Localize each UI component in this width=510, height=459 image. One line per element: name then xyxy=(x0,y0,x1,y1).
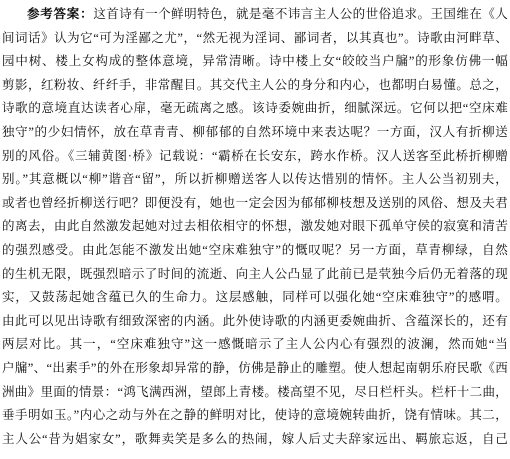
text-line: 洲曲》里面的情景：“鸿飞满西洲，望郎上青楼。楼高望不见，尽日栏杆头。栏杆十二曲， xyxy=(2,381,508,405)
document-page: 参考答案：这首诗有一个鲜明特色，就是毫不讳言主人公的世俗追求。王国维在《人间词话… xyxy=(0,0,510,459)
text-line: 主人公“昔为娼家女”，歌舞卖笑是多么的热闹，嫁人后丈夫辞家远出、羁旅忘返，自己 xyxy=(2,428,508,452)
answer-label: 参考答案： xyxy=(27,7,93,21)
text-line: 别的风俗。《三辅黄图·桥》记载说：“霸桥在长安东，跨水作桥。汉人送客至此桥折柳赠 xyxy=(2,145,508,169)
text-line: 独守”的少妇情怀，放在草青青、柳郁郁的自然环境中来表达呢？一方面，汉人有折柳送 xyxy=(2,121,508,145)
text-line-content: 这首诗有一个鲜明特色，就是毫不讳言主人公的世俗追求。王国维在《人 xyxy=(93,7,508,21)
text-line: 两层对比。其一，“空床难独守”这一感慨暗示了主人公内心有强烈的波澜，然而她“当 xyxy=(2,333,508,357)
text-line: 或者也曾经折柳送行吧？即便没有，她也一定会因为郁郁柳枝想及送别的风俗、想及夫君 xyxy=(2,192,508,216)
text-line: 的生机无限，既强烈暗示了时间的流逝、向主人公凸显了此前已是茕独今后仍无着落的现 xyxy=(2,263,508,287)
text-line: 由此可以见出诗歌有细致深密的内涵。此外使诗歌的内涵更委婉曲折、含蕴深长的，还有 xyxy=(2,310,508,334)
text-line: 诗歌的意境直达读者心扉，毫无疏离之感。该诗委婉曲折，细腻深远。它何以把“空床难 xyxy=(2,97,508,121)
text-line: 间词话》认为它“可为淫鄙之尤”，“然无视为淫词、鄙词者，以其真也”。诗歌由河畔草… xyxy=(2,27,508,51)
answer-paragraph: 参考答案：这首诗有一个鲜明特色，就是毫不讳言主人公的世俗追求。王国维在《人间词话… xyxy=(2,3,508,451)
text-line: 别。”其意概以“柳”谐音“留”，所以折柳赠送客人以传达惜别的情怀。主人公当初别夫… xyxy=(2,168,508,192)
text-line: 园中树、楼上女构成的整体意境，异常清晰。诗中楼上女“皎皎当户牖”的形象仿佛一幅 xyxy=(2,50,508,74)
text-line: 的离去，由此自然激发起她对过去相依相守的怀想，激发她对眼下孤单守侯的寂寞和清苦 xyxy=(2,215,508,239)
text-line: 剪影，红粉妆、纤纤手，非常醒目。其交代主人公的身分和内心，也都明白易懂。总之， xyxy=(2,74,508,98)
text-line: 垂手明如玉。”内心之动与外在之静的鲜明对比，使诗的意境婉转曲折，饶有情味。其二， xyxy=(2,404,508,428)
text-line: 户牖”、“出素手”的外在形象却异常的静，仿佛是静止的雕塑。使人想起南朝乐府民歌《… xyxy=(2,357,508,381)
text-line: 参考答案：这首诗有一个鲜明特色，就是毫不讳言主人公的世俗追求。王国维在《人 xyxy=(2,3,508,27)
text-line: 的强烈感受。由此怎能不激发出她“空床难独守”的慨叹呢？另一方面，草青柳绿，自然 xyxy=(2,239,508,263)
text-line: 实，又鼓荡起她含蕴已久的生命力。这层感触，同样可以强化她“空床难独守”的感喟。 xyxy=(2,286,508,310)
